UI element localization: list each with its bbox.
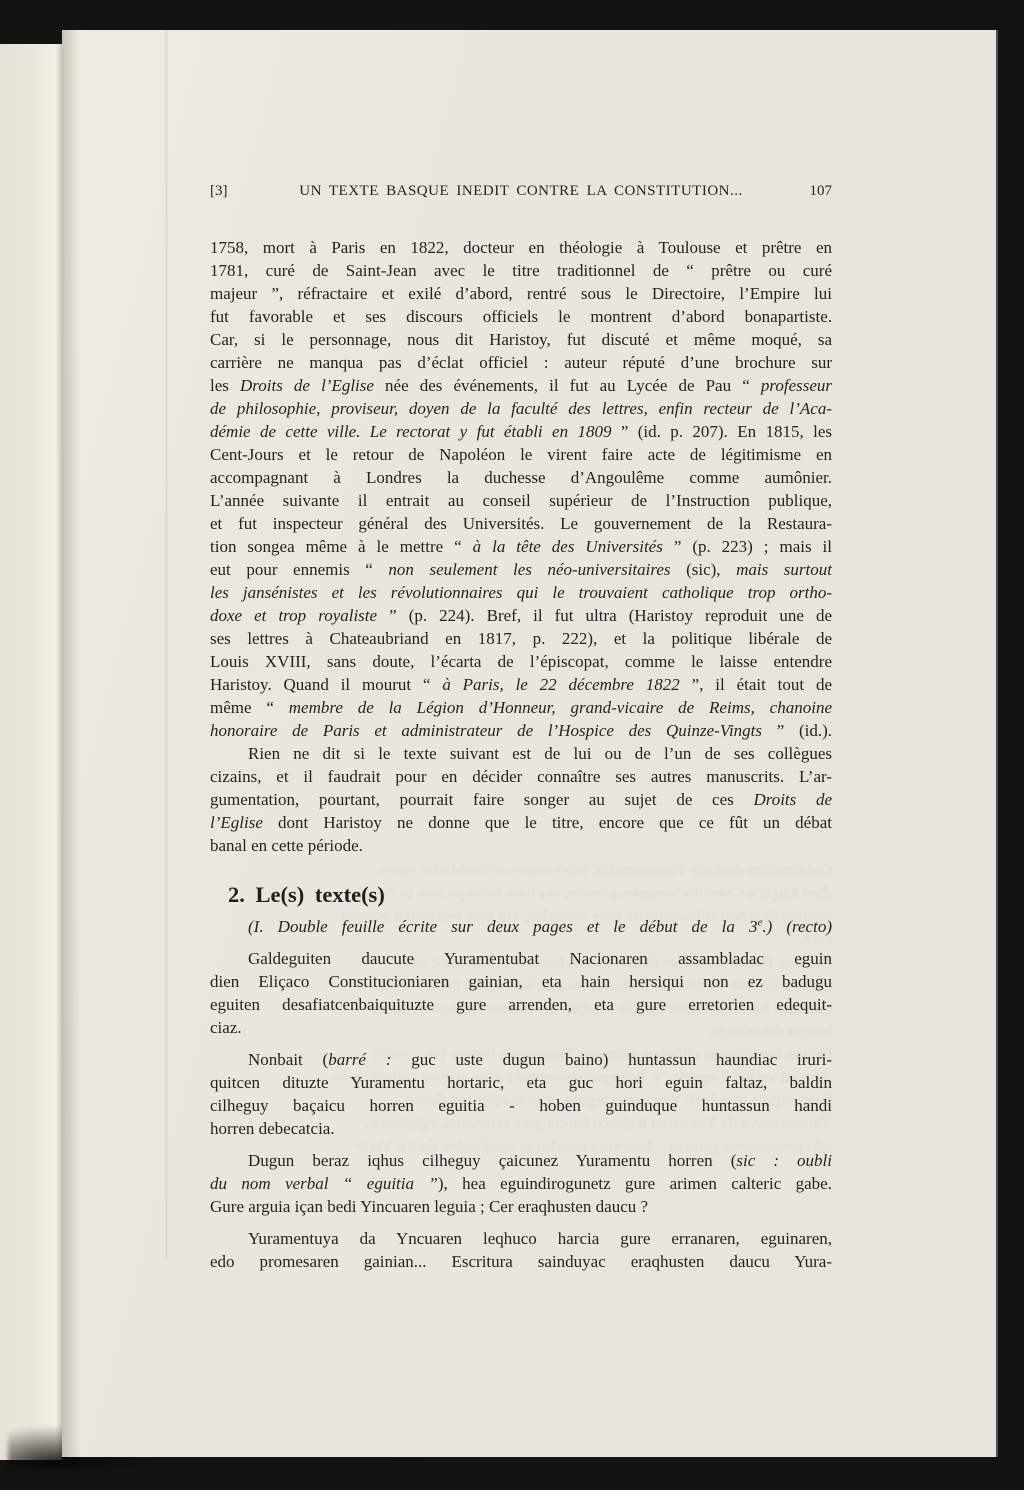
text-line: L’année suivante il entrait au conseil s… — [210, 489, 832, 512]
paragraph: Rien ne dit si le texte suivant est de l… — [210, 742, 832, 857]
running-title: UN TEXTE BASQUE INEDIT CONTRE LA CONSTIT… — [270, 183, 772, 200]
text-line: du nom verbal “ eguitia ”), hea eguindir… — [210, 1172, 832, 1195]
text-line: les jansénistes et les révolutionnaires … — [210, 581, 832, 604]
text-line: démie de cette ville. Le rectorat y fut … — [210, 420, 832, 443]
text-line: doxe et trop royaliste ” (p. 224). Bref,… — [210, 604, 832, 627]
paragraph: Yuramentuya da Yncuaren leqhuco harcia g… — [210, 1227, 832, 1273]
text-line: majeur ”, réfractaire et exilé d’abord, … — [210, 282, 832, 305]
text-line: ses lettres à Chateaubriand en 1817, p. … — [210, 627, 832, 650]
text-line: 1758, mort à Paris en 1822, docteur en t… — [210, 236, 832, 259]
text-line: les Droits de l’Eglise née des événement… — [210, 374, 832, 397]
paragraph: Galdeguiten daucute Yuramentubat Naciona… — [210, 947, 832, 1039]
text-line: honoraire de Paris et administrateur de … — [210, 719, 832, 742]
text-line: horren debecatcia. — [210, 1117, 832, 1140]
text-line: accompagnant à Londres la duchesse d’Ang… — [210, 466, 832, 489]
text-block: 1758, mort à Paris en 1822, docteur en t… — [210, 236, 832, 1273]
book-scan: Galdeguiten daucute Yuramentubat Naciona… — [0, 0, 1024, 1490]
text-line: dien Eliçaco Constitucioniaren gainian, … — [210, 970, 832, 993]
text-line: Nonbait (barré : guc uste dugun baino) h… — [210, 1048, 832, 1071]
text-line: quitcen dituzte Yuramentu hortaric, eta … — [210, 1071, 832, 1094]
text-line: Yuramentuya da Yncuaren leqhuco harcia g… — [210, 1227, 832, 1250]
text-line: de philosophie, proviseur, doyen de la f… — [210, 397, 832, 420]
text-line: Car, si le personnage, nous dit Haristoy… — [210, 328, 832, 351]
facing-page-edge — [0, 44, 62, 1460]
paper-crease — [165, 30, 168, 1260]
text-line: cizains, et il faudrait pour en décider … — [210, 765, 832, 788]
text-line: fut favorable et ses discours officiels … — [210, 305, 832, 328]
text-line: Louis XVIII, sans doute, l’écarta de l’é… — [210, 650, 832, 673]
text-line: Rien ne dit si le texte suivant est de l… — [210, 742, 832, 765]
text-line: cilheguy baçaicu horren eguitia - hoben … — [210, 1094, 832, 1117]
book-page: Galdeguiten daucute Yuramentubat Naciona… — [62, 30, 996, 1457]
text-line: ciaz. — [210, 1016, 832, 1039]
text-line: eut pour ennemis “ non seulement les néo… — [210, 558, 832, 581]
paragraph: Nonbait (barré : guc uste dugun baino) h… — [210, 1048, 832, 1140]
text-line: edo promesaren gainian... Escritura sain… — [210, 1250, 832, 1273]
paragraph: 1758, mort à Paris en 1822, docteur en t… — [210, 236, 832, 742]
section-heading: 2. Le(s) texte(s) — [210, 879, 832, 911]
running-head: [3] UN TEXTE BASQUE INEDIT CONTRE LA CON… — [210, 183, 832, 200]
page-number: 107 — [772, 183, 832, 200]
text-line: même “ membre de la Légion d’Honneur, gr… — [210, 696, 832, 719]
text-line: Dugun beraz iqhus cilheguy çaicunez Yura… — [210, 1149, 832, 1172]
text-line: Galdeguiten daucute Yuramentubat Naciona… — [210, 947, 832, 970]
section-subtitle: (I. Double feuille écrite sur deux pages… — [210, 915, 832, 938]
text-line: banal en cette période. — [210, 834, 832, 857]
text-line: l’Eglise dont Haristoy ne donne que le t… — [210, 811, 832, 834]
text-line: carrière ne manqua pas d’éclat officiel … — [210, 351, 832, 374]
text-line: et fut inspecteur général des Université… — [210, 512, 832, 535]
text-line: gumentation, pourtant, pourrait faire so… — [210, 788, 832, 811]
text-line: Haristoy. Quand il mourut “ à Paris, le … — [210, 673, 832, 696]
folio-marker: [3] — [210, 183, 270, 200]
text-line: 1781, curé de Saint-Jean avec le titre t… — [210, 259, 832, 282]
paragraph: Dugun beraz iqhus cilheguy çaicunez Yura… — [210, 1149, 832, 1218]
text-line: eguiten desafiatcenbaiquituzte gure arre… — [210, 993, 832, 1016]
text-line: Gure arguia içan bedi Yincuaren leguia ;… — [210, 1195, 832, 1218]
text-line: tion songea même à le mettre “ à la tête… — [210, 535, 832, 558]
text-line: Cent-Jours et le retour de Napoléon le v… — [210, 443, 832, 466]
